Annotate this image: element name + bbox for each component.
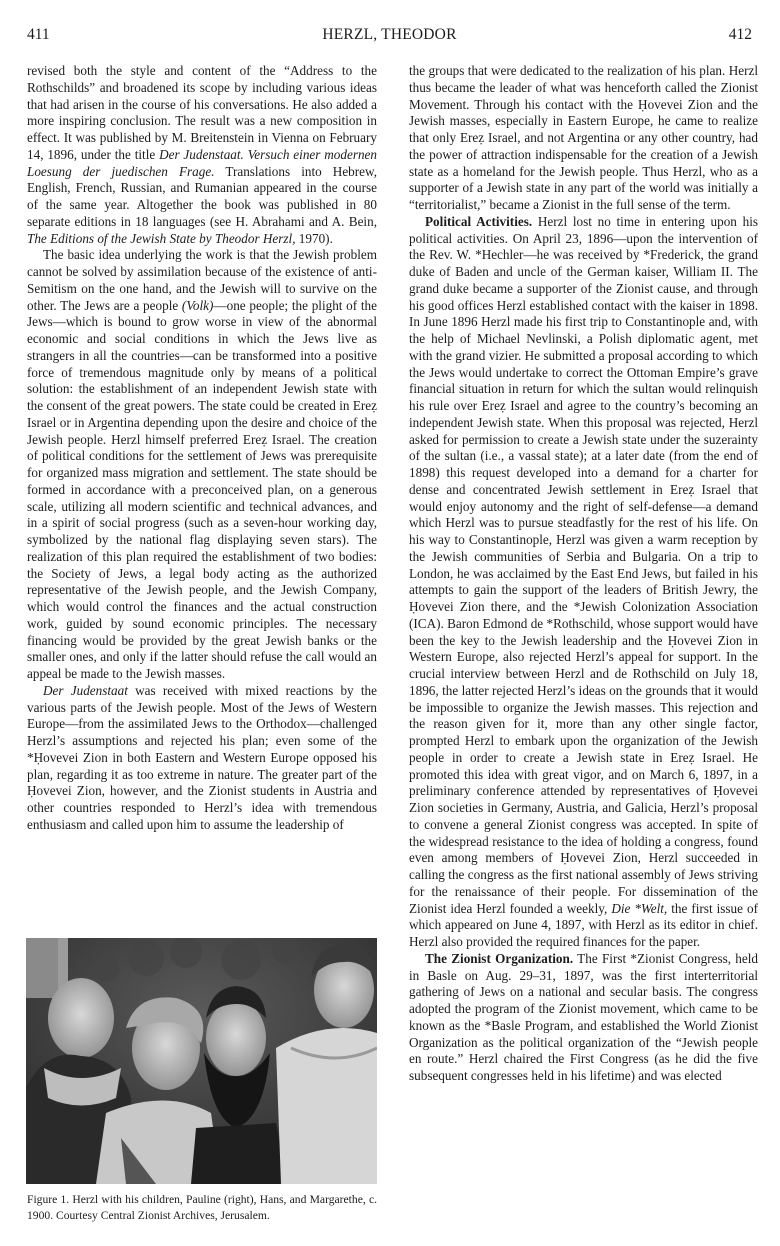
text: 1970).	[296, 231, 333, 246]
paragraph: Der Judenstaat was received with mixed r…	[27, 683, 377, 834]
text: The First *Zionist Congress, held in Bas…	[409, 951, 758, 1083]
italic-title: Der Judenstaat	[43, 683, 128, 698]
running-title: HERZL, THEODOR	[27, 26, 752, 44]
italic-citation: The Editions of the Jewish State by Theo…	[27, 231, 296, 246]
paragraph: revised both the style and content of th…	[27, 63, 377, 247]
italic-term: (Volk)	[182, 298, 214, 313]
page-number-right: 412	[729, 26, 752, 44]
left-column: revised both the style and content of th…	[27, 63, 377, 834]
text: —one people; the plight of the Jews—whic…	[27, 298, 377, 682]
herzl-family-photo	[26, 938, 377, 1184]
text: was received with mixed reactions by the…	[27, 683, 377, 832]
paragraph: the groups that were dedicated to the re…	[409, 63, 758, 214]
paragraph: The basic idea underlying the work is th…	[27, 247, 377, 683]
section-heading-political-activities: Political Activities.	[425, 214, 532, 229]
page-header: 411 HERZL, THEODOR 412	[27, 26, 752, 48]
italic-title: Die *Welt,	[611, 901, 667, 916]
paragraph: Political Activities. Herzl lost no time…	[409, 214, 758, 951]
text: Herzl lost no time in entering upon his …	[409, 214, 758, 916]
right-column: the groups that were dedicated to the re…	[409, 63, 758, 1085]
figure-caption: Figure 1. Herzl with his children, Pauli…	[27, 1192, 377, 1224]
section-heading-zionist-organization: The Zionist Organization.	[425, 951, 573, 966]
paragraph: The Zionist Organization. The First *Zio…	[409, 951, 758, 1085]
figure-photo	[26, 938, 377, 1184]
